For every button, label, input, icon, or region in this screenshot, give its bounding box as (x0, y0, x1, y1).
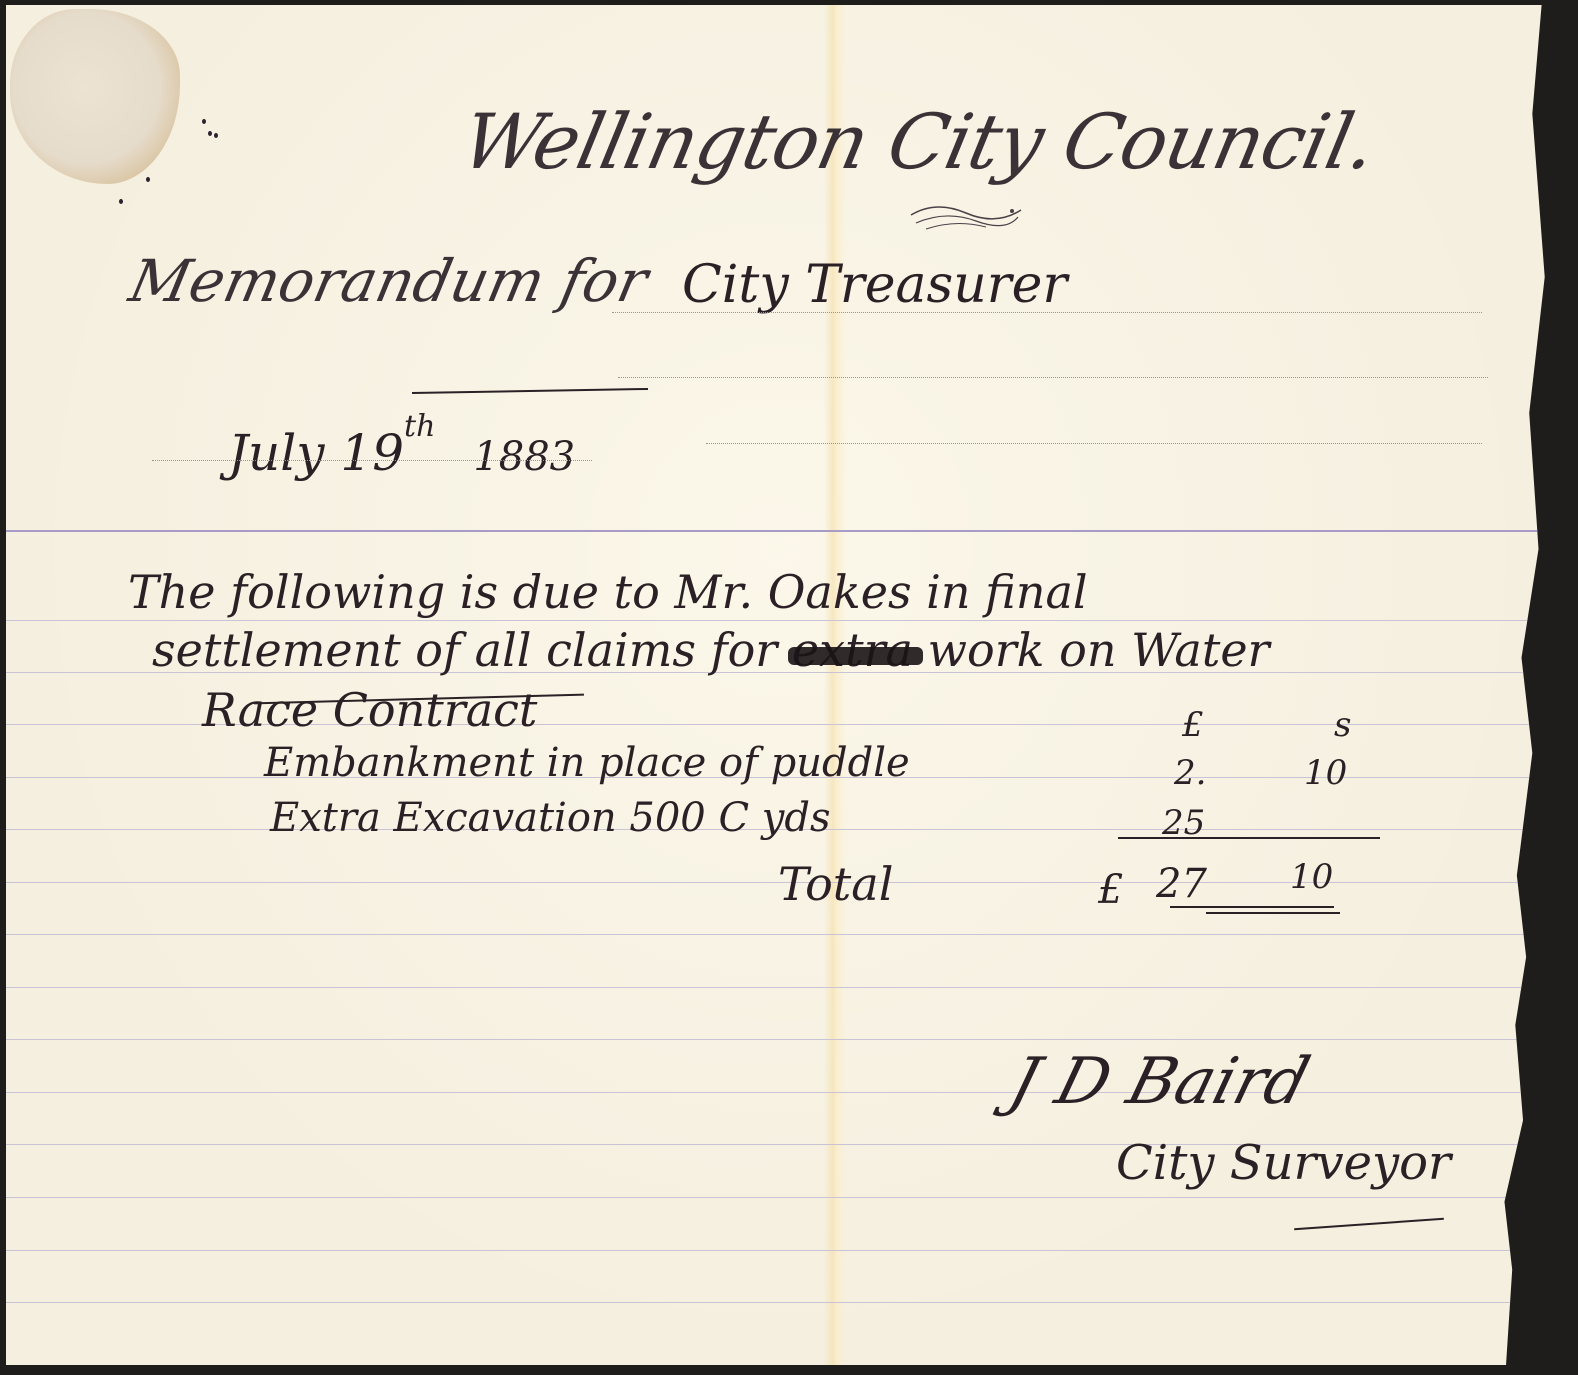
water-stain (10, 9, 180, 184)
body-line-2: settlement of all claims for extra work … (152, 623, 1270, 677)
addressee: City Treasurer (682, 255, 1067, 315)
memorandum-label: Memorandum for (124, 247, 654, 315)
ruled-line (6, 1039, 1554, 1040)
ink-speck (202, 119, 206, 124)
date-dotted-line (152, 460, 592, 461)
ruled-line (6, 620, 1554, 621)
shillings-header: s (1334, 705, 1351, 745)
flourish-ornament (906, 195, 1026, 235)
date-month-day: July 19 (228, 424, 404, 482)
date-suffix: th (404, 409, 435, 444)
total-pounds: 27 (1156, 861, 1207, 907)
ink-speck (146, 177, 150, 182)
ruled-line (6, 1302, 1554, 1303)
addressee-dotted-line (612, 312, 1482, 313)
ink-speck (214, 133, 218, 138)
dotted-line (706, 443, 1482, 444)
ledger-item-description: Extra Excavation 500 C yds (270, 795, 831, 841)
subtotal-rule (1118, 837, 1380, 839)
total-double-underline (1170, 906, 1334, 908)
header-rule (6, 530, 1554, 532)
date-suffix-underline (412, 388, 648, 394)
ledger-item-pounds: 2. (1174, 753, 1206, 793)
ruled-line (6, 1197, 1554, 1198)
body-line-2-end: work on Water (928, 623, 1270, 677)
body-line-1: The following is due to Mr. Oakes in fin… (128, 565, 1088, 619)
signature-name: J D Baird (1002, 1045, 1317, 1119)
ledger-item-shillings: 10 (1304, 753, 1347, 793)
body-line-2-start: settlement of all claims for (152, 623, 777, 677)
pounds-header: £ (1182, 705, 1204, 745)
dotted-line (618, 377, 1488, 378)
ink-speck (119, 199, 123, 204)
total-double-underline (1206, 912, 1340, 914)
memorandum-paper: Wellington City Council. Memorandum for … (6, 5, 1554, 1365)
ruled-line (6, 987, 1554, 988)
ink-speck (208, 131, 212, 136)
ruled-line (6, 1250, 1554, 1251)
ruled-line (6, 1092, 1554, 1093)
signature-underline (1294, 1218, 1444, 1230)
ruled-line (6, 934, 1554, 935)
signature-title: City Surveyor (1116, 1135, 1451, 1191)
strikethrough-scribble (788, 647, 923, 665)
struck-word: extra (792, 623, 913, 677)
body-line-3: Race Contract (202, 683, 537, 737)
date-year: 1883 (473, 434, 575, 480)
letterhead-title: Wellington City Council. (455, 97, 1384, 186)
date: July 19th 1883 (228, 409, 575, 482)
fold-crease (824, 5, 846, 1365)
total-currency: £ (1098, 867, 1123, 913)
total-shillings: 10 (1290, 857, 1333, 897)
total-label: Total (778, 857, 893, 911)
ledger-item-description: Embankment in place of puddle (264, 740, 910, 786)
